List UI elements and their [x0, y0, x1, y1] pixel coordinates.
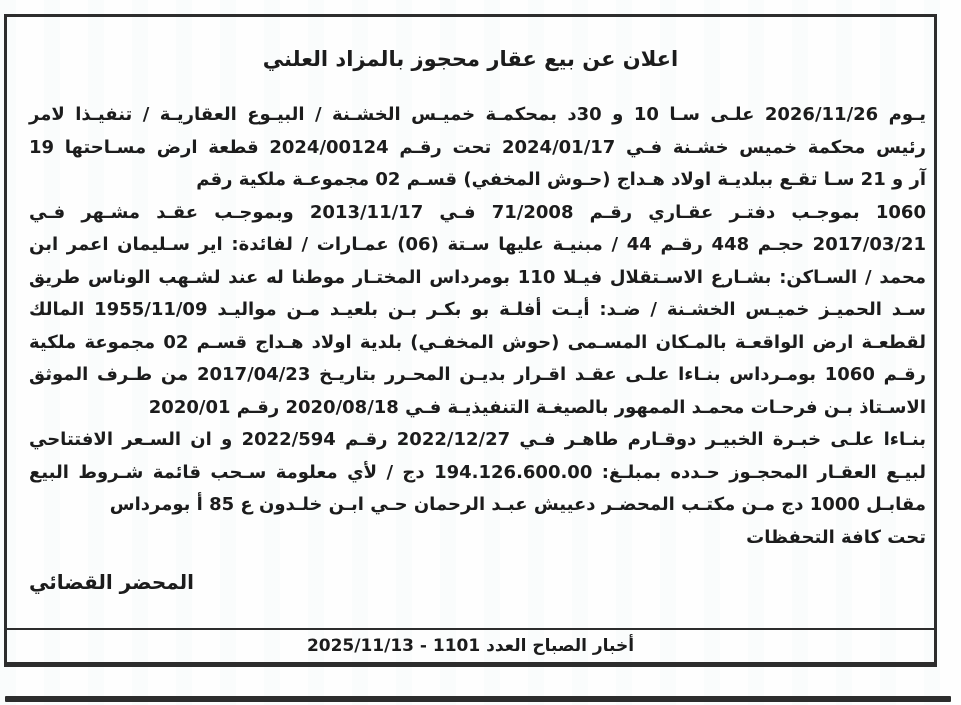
- notice-body: يـوم 2026/11/26 علـى سـا 10 و 30د بمحكمـ…: [7, 99, 934, 554]
- body-line: آر و 21 سـا تقـع ببلديـة اولاد هـداج (حـ…: [29, 164, 926, 197]
- body-line: لبيـع العقـار المحجـوز حـدده بمبلـغ: 194…: [29, 457, 926, 490]
- body-line: محمد / السـاكن: بشـارع الاسـتقلال فيـلا …: [29, 262, 926, 295]
- body-line: سـد الحميـز خميـس الخشـنة / ضـد: أيـت أف…: [29, 294, 926, 327]
- body-line: بنـاءا علـى خبـرة الخبيـر دوقـارم طاهـر …: [29, 424, 926, 457]
- notice-title: اعلان عن بيع عقار محجوز بالمزاد العلني: [7, 44, 934, 74]
- publication-footer-text: أخبار الصباح العدد 1101 - 2025/11/13: [307, 636, 634, 656]
- body-line: 1060 بموجـب دفتـر عقـاري رقـم 71/2008 فـ…: [29, 197, 926, 230]
- scanned-page: اعلان عن بيع عقار محجوز بالمزاد العلني ي…: [0, 0, 961, 705]
- body-line: تحت كافة التحفظات: [29, 522, 926, 555]
- body-line: رئيس محكمة خميس خشـنة فـي 2024/01/17 تحت…: [29, 132, 926, 165]
- publication-footer: أخبار الصباح العدد 1101 - 2025/11/13: [7, 628, 934, 662]
- next-notice-top-border: [5, 696, 951, 702]
- body-line: يـوم 2026/11/26 علـى سـا 10 و 30د بمحكمـ…: [29, 99, 926, 132]
- body-line: الاسـتاذ بـن فرحـات محمـد الممهور بالصيغ…: [29, 392, 926, 425]
- body-line: مقابـل 1000 دج مـن مكتـب المحضـر دعييش ع…: [29, 489, 926, 522]
- auction-notice-box: اعلان عن بيع عقار محجوز بالمزاد العلني ي…: [4, 14, 937, 667]
- body-line: رقـم 1060 بومـرداس بنـاءا علـى عقـد اقـر…: [29, 359, 926, 392]
- body-line: 2017/03/21 حجـم 448 رقـم 44 / مبنيـة علي…: [29, 229, 926, 262]
- body-line: لقطعـة ارض الواقعـة بالمـكان المسـمى (حو…: [29, 327, 926, 360]
- bailiff-signature: المحضر القضائي: [29, 567, 926, 597]
